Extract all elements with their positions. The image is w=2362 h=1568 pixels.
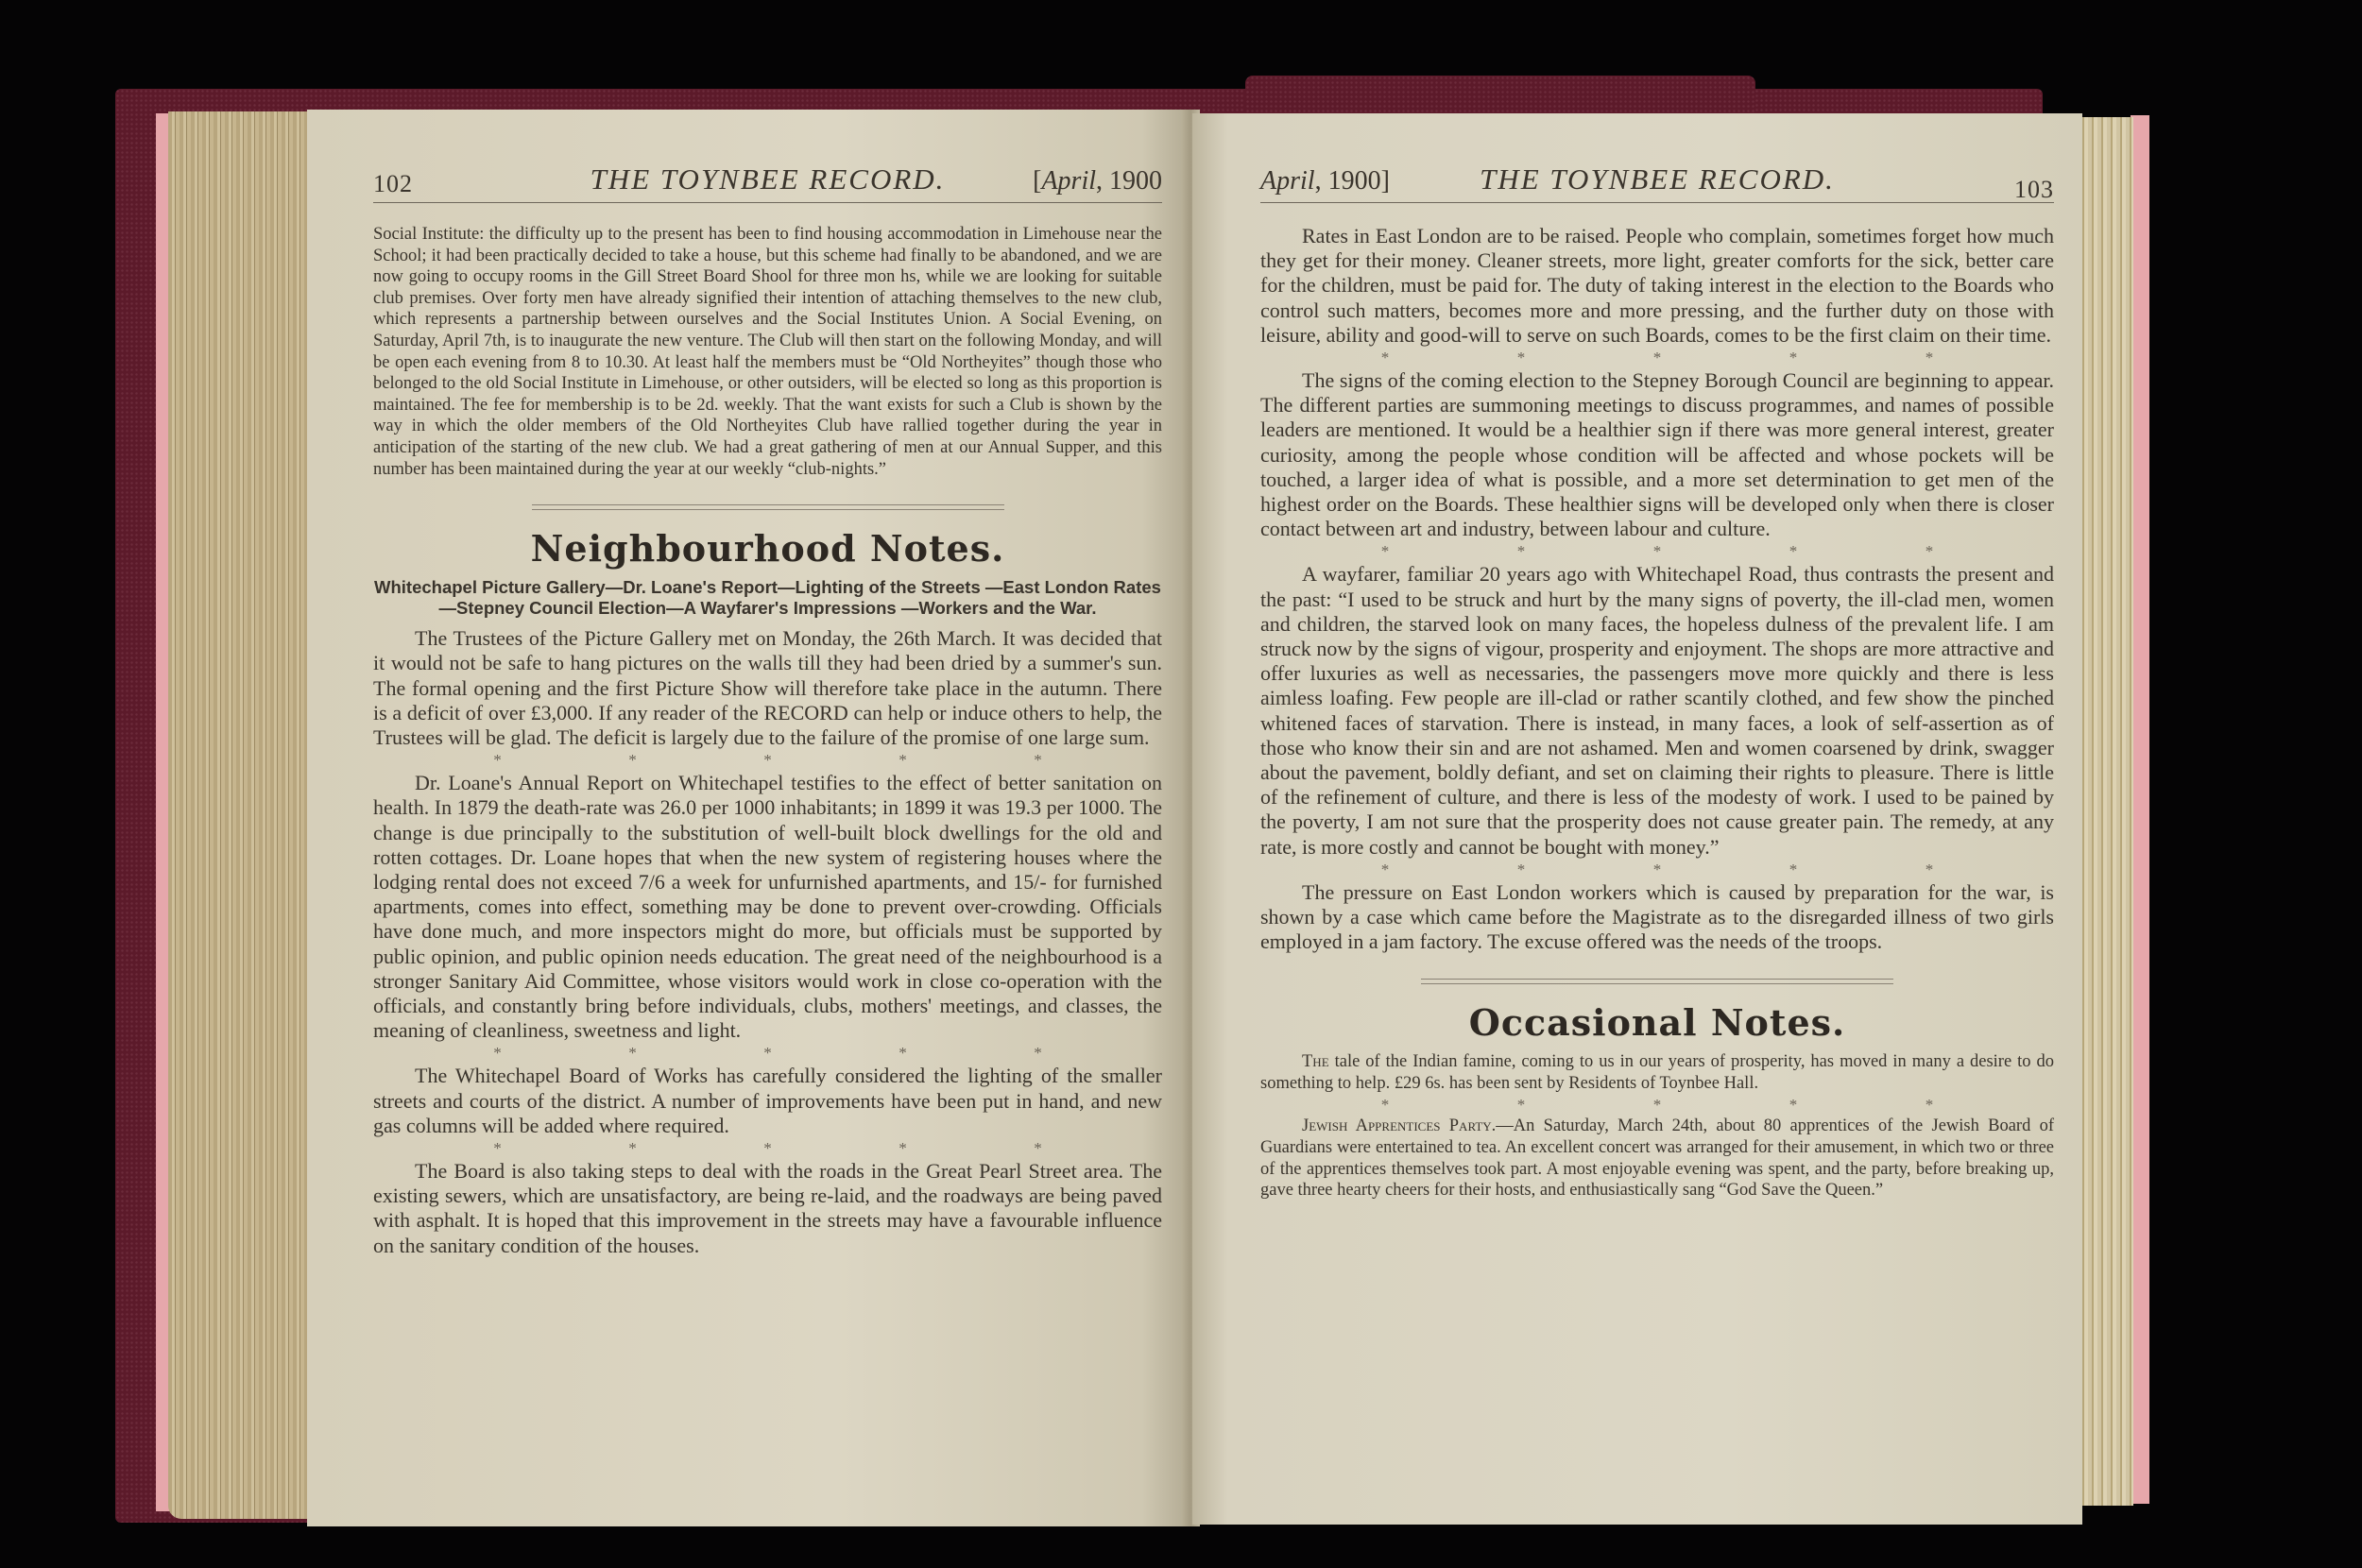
asterism-separator: ***** <box>373 1043 1162 1064</box>
asterisk: * <box>763 750 772 771</box>
note-lead: The <box>1302 1052 1329 1071</box>
asterisk: * <box>1926 348 1934 368</box>
book-cover-headband <box>1245 76 1755 113</box>
asterisk: * <box>1517 541 1526 562</box>
asterisk: * <box>1034 750 1042 771</box>
asterisk: * <box>1034 1043 1042 1064</box>
section-title: Occasional Notes. <box>1260 1001 2054 1044</box>
asterisk: * <box>493 1043 502 1064</box>
paragraph-stepney-election: The signs of the coming election to the … <box>1260 368 2054 541</box>
asterisk: * <box>899 1043 907 1064</box>
asterisk: * <box>899 1138 907 1159</box>
asterisk: * <box>1653 860 1662 880</box>
asterisk: * <box>1381 860 1390 880</box>
asterisk: * <box>1926 860 1934 880</box>
continuation-paragraph: Social Institute: the difficulty up to t… <box>373 224 1162 480</box>
section-subheading: Whitechapel Picture Gallery—Dr. Loane's … <box>373 577 1162 619</box>
paragraph-roads: The Board is also taking steps to deal w… <box>373 1159 1162 1258</box>
asterisk: * <box>1653 348 1662 368</box>
note-jewish-apprentices: Jewish Apprentices Party.—An Saturday, M… <box>1260 1116 2054 1202</box>
paragraph-workers-war: The pressure on East London workers whic… <box>1260 880 2054 955</box>
asterisk: * <box>628 750 637 771</box>
asterisk: * <box>1926 1095 1934 1116</box>
asterisk: * <box>1034 1138 1042 1159</box>
asterisk: * <box>1789 1095 1798 1116</box>
left-page: 102 THE TOYNBEE RECORD. [April, 1900 Soc… <box>307 110 1186 1526</box>
asterism-separator: ***** <box>373 750 1162 771</box>
paragraph-picture-gallery: The Trustees of the Picture Gallery met … <box>373 626 1162 750</box>
section-divider <box>532 504 1004 510</box>
asterisk: * <box>1653 541 1662 562</box>
date-year: , 1900 <box>1096 166 1162 196</box>
right-page: April, 1900] THE TOYNBEE RECORD. 103 Rat… <box>1192 113 2082 1525</box>
note-lead: Jewish Apprentices Party. <box>1302 1116 1496 1135</box>
asterisk: * <box>763 1043 772 1064</box>
asterisk: * <box>1381 348 1390 368</box>
asterisk: * <box>1381 1095 1390 1116</box>
paragraph-wayfarer: A wayfarer, familiar 20 years ago with W… <box>1260 562 2054 859</box>
asterisk: * <box>628 1138 637 1159</box>
running-head-right: April, 1900] THE TOYNBEE RECORD. 103 <box>1260 159 2054 203</box>
page-number: 103 <box>2014 176 2054 204</box>
section-divider <box>1421 979 1893 984</box>
asterisk: * <box>763 1138 772 1159</box>
asterisk: * <box>1381 541 1390 562</box>
asterisk: * <box>1517 860 1526 880</box>
asterism-separator: ***** <box>1260 860 2054 880</box>
asterisk: * <box>628 1043 637 1064</box>
asterisk: * <box>1653 1095 1662 1116</box>
asterisk: * <box>1926 541 1934 562</box>
running-head-left: 102 THE TOYNBEE RECORD. [April, 1900 <box>373 159 1162 203</box>
page-edges-left <box>168 111 310 1519</box>
paragraph-loane-report: Dr. Loane's Annual Report on Whitechapel… <box>373 771 1162 1043</box>
asterism-separator: ***** <box>373 1138 1162 1159</box>
paragraph-rates: Rates in East London are to be raised. P… <box>1260 224 2054 348</box>
asterisk: * <box>1517 1095 1526 1116</box>
asterisk: * <box>1789 348 1798 368</box>
asterisk: * <box>493 750 502 771</box>
paragraph-street-lighting: The Whitechapel Board of Works has caref… <box>373 1064 1162 1138</box>
asterism-separator: ***** <box>1260 541 2054 562</box>
issue-date: [April, 1900 <box>1033 166 1162 196</box>
asterisk: * <box>1789 541 1798 562</box>
asterism-separator: ***** <box>1260 1095 2054 1116</box>
page-edges-right <box>2079 117 2133 1506</box>
asterisk: * <box>1517 348 1526 368</box>
endpaper-right <box>2131 115 2149 1504</box>
asterisk: * <box>899 750 907 771</box>
asterisk: * <box>1789 860 1798 880</box>
note-text: tale of the Indian famine, coming to us … <box>1260 1052 2054 1093</box>
running-title: THE TOYNBEE RECORD. <box>1260 162 2054 196</box>
note-indian-famine: The tale of the Indian famine, coming to… <box>1260 1051 2054 1095</box>
asterisk: * <box>493 1138 502 1159</box>
section-title: Neighbourhood Notes. <box>373 527 1162 570</box>
asterism-separator: ***** <box>1260 348 2054 368</box>
date-month: April <box>1041 166 1096 196</box>
